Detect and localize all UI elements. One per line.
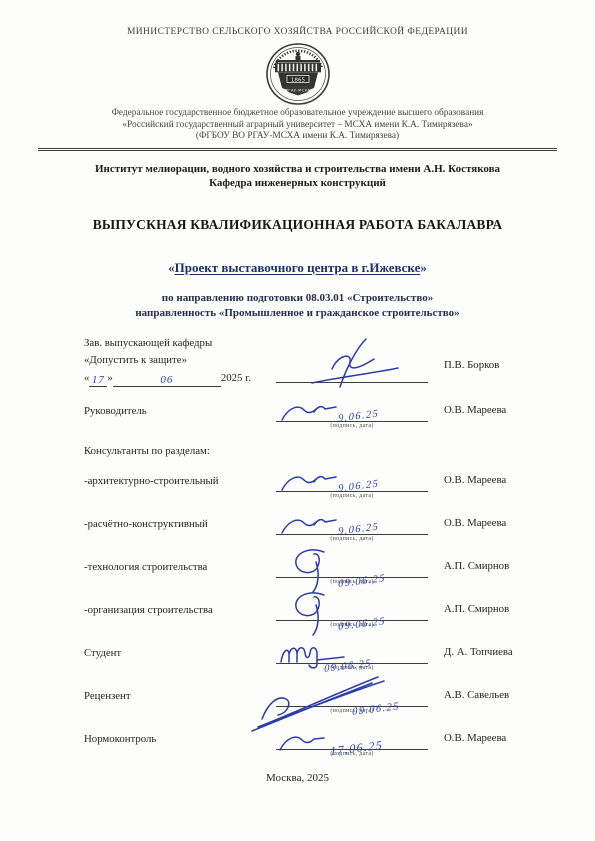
thesis-title: «Проект выставочного центра в г.Ижевске»	[0, 260, 595, 276]
signature-line	[276, 555, 428, 578]
signature-area: 9.06.25 (подпись, дата)	[276, 469, 428, 500]
row-name: Д. А. Топчиева	[428, 646, 513, 672]
row-name: О.В. Мареева	[428, 474, 506, 500]
row-name: А.В. Савельев	[428, 689, 509, 715]
university-emblem: 1865 РГАУ-МСХА	[264, 42, 332, 106]
signature-row-reviewer: 09.06.25 (подпись, дата) Рецензент А.В. …	[84, 684, 555, 715]
date-day-blank: 17	[89, 372, 107, 387]
org-line-3: (ФГБОУ ВО РГАУ-МСХА имени К.А. Тимирязев…	[0, 131, 595, 143]
org-line-1: Федеральное государственное бюджетное об…	[0, 108, 595, 120]
signature-area: 9.06.25 (подпись, дата)	[276, 399, 428, 430]
ministry-line: МИНИСТЕРСТВО СЕЛЬСКОГО ХОЗЯЙСТВА РОССИЙС…	[0, 0, 595, 37]
document-page: МИНИСТЕРСТВО СЕЛЬСКОГО ХОЗЯЙСТВА РОССИЙС…	[0, 0, 595, 841]
institute-department: Институт мелиорации, водного хозяйства и…	[0, 162, 595, 191]
organization-name: Федеральное государственное бюджетное об…	[0, 108, 595, 143]
admit-to-defense-label: «Допустить к защите»	[84, 352, 276, 370]
handwritten-day: 17	[92, 374, 105, 386]
signature-line	[276, 598, 428, 621]
signature-area: 09.06.25 (подпись, дата)	[276, 598, 428, 629]
signature-row-technology: -технология строительства 09.06.25 (подп…	[84, 555, 555, 586]
row-label: -организация строительства	[84, 604, 276, 629]
row-label: Нормоконтроль	[84, 733, 276, 758]
signature-caption: (подпись, дата)	[276, 535, 428, 543]
department-line: Кафедра инженерных конструкций	[0, 176, 595, 191]
signature-line	[276, 684, 428, 707]
row-name: О.В. Мареева	[428, 732, 506, 758]
signature-area: 09.06.25 (подпись, дата)	[276, 555, 428, 586]
emblem-ribbon: РГАУ-МСХА	[285, 88, 310, 92]
program-info: по направлению подготовки 08.03.01 «Стро…	[0, 291, 595, 321]
signature-row-supervisor: Руководитель 9.06.25 (подпись, дата) О.В…	[84, 399, 555, 430]
approval-section: Зав. выпускающей кафедры «Допустить к за…	[0, 321, 595, 759]
thesis-title-text: Проект выставочного центра в г.Ижевске	[175, 260, 421, 275]
row-name: А.П. Смирнов	[428, 560, 509, 586]
head-signature-area	[276, 382, 428, 387]
row-label: Студент	[84, 647, 276, 672]
approval-date-line: «17»062025 г.	[84, 370, 276, 388]
program-profile: направленность «Промышленное и гражданск…	[0, 306, 595, 321]
row-label: Рецензент	[84, 690, 276, 715]
university-emblem-icon: 1865 РГАУ-МСХА	[264, 42, 332, 106]
row-name: О.В. Мареева	[428, 404, 506, 430]
institute-line: Институт мелиорации, водного хозяйства и…	[0, 162, 595, 177]
date-year-text: 2025 г.	[221, 372, 251, 384]
head-of-department-label: Зав. выпускающей кафедры	[84, 335, 276, 353]
head-name: П.В. Борков	[428, 359, 499, 387]
header-divider	[38, 148, 557, 151]
signature-row-student: Студент 09.06.25 (подпись, дата) Д. А. Т…	[84, 641, 555, 672]
thesis-quote-close: »	[420, 260, 427, 275]
signature-caption: (подпись, дата)	[276, 492, 428, 500]
row-name: А.П. Смирнов	[428, 603, 509, 629]
row-name: О.В. Мареева	[428, 517, 506, 543]
approval-head-block: Зав. выпускающей кафедры «Допустить к за…	[84, 335, 555, 388]
row-label: -расчётно-конструктивный	[84, 518, 276, 543]
program-direction: по направлению подготовки 08.03.01 «Стро…	[0, 291, 595, 306]
signature-row-organization: -организация строительства 09.06.25 (под…	[84, 598, 555, 629]
signature-row-architectural: -архитектурно-строительный 9.06.25 (подп…	[84, 469, 555, 500]
row-label: Руководитель	[84, 405, 276, 430]
emblem-year: 1865	[290, 77, 305, 83]
row-label: -архитектурно-строительный	[84, 475, 276, 500]
signature-area: 09.06.25 (подпись, дата)	[276, 641, 428, 672]
signature-area: 17.06.25 (подпись, дата)	[276, 727, 428, 758]
org-line-2: «Российский государственный аграрный уни…	[0, 120, 595, 132]
work-type-title: ВЫПУСКНАЯ КВАЛИФИКАЦИОННАЯ РАБОТА БАКАЛА…	[0, 217, 595, 233]
handwritten-month: 06	[160, 374, 173, 386]
signature-caption: (подпись, дата)	[276, 422, 428, 430]
approval-left-column: Зав. выпускающей кафедры «Допустить к за…	[84, 335, 276, 388]
city-year: Москва, 2025	[0, 772, 595, 784]
date-month-blank: 06	[113, 372, 221, 387]
signature-row-structural: -расчётно-конструктивный 9.06.25 (подпис…	[84, 512, 555, 543]
signature-row-normcontrol: Нормоконтроль 17.06.25 (подпись, дата) О…	[84, 727, 555, 758]
row-label: -технология строительства	[84, 561, 276, 586]
signature-area: 9.06.25 (подпись, дата)	[276, 512, 428, 543]
signature-area: 09.06.25 (подпись, дата)	[276, 684, 428, 715]
consultants-header: Консультанты по разделам:	[84, 445, 555, 457]
